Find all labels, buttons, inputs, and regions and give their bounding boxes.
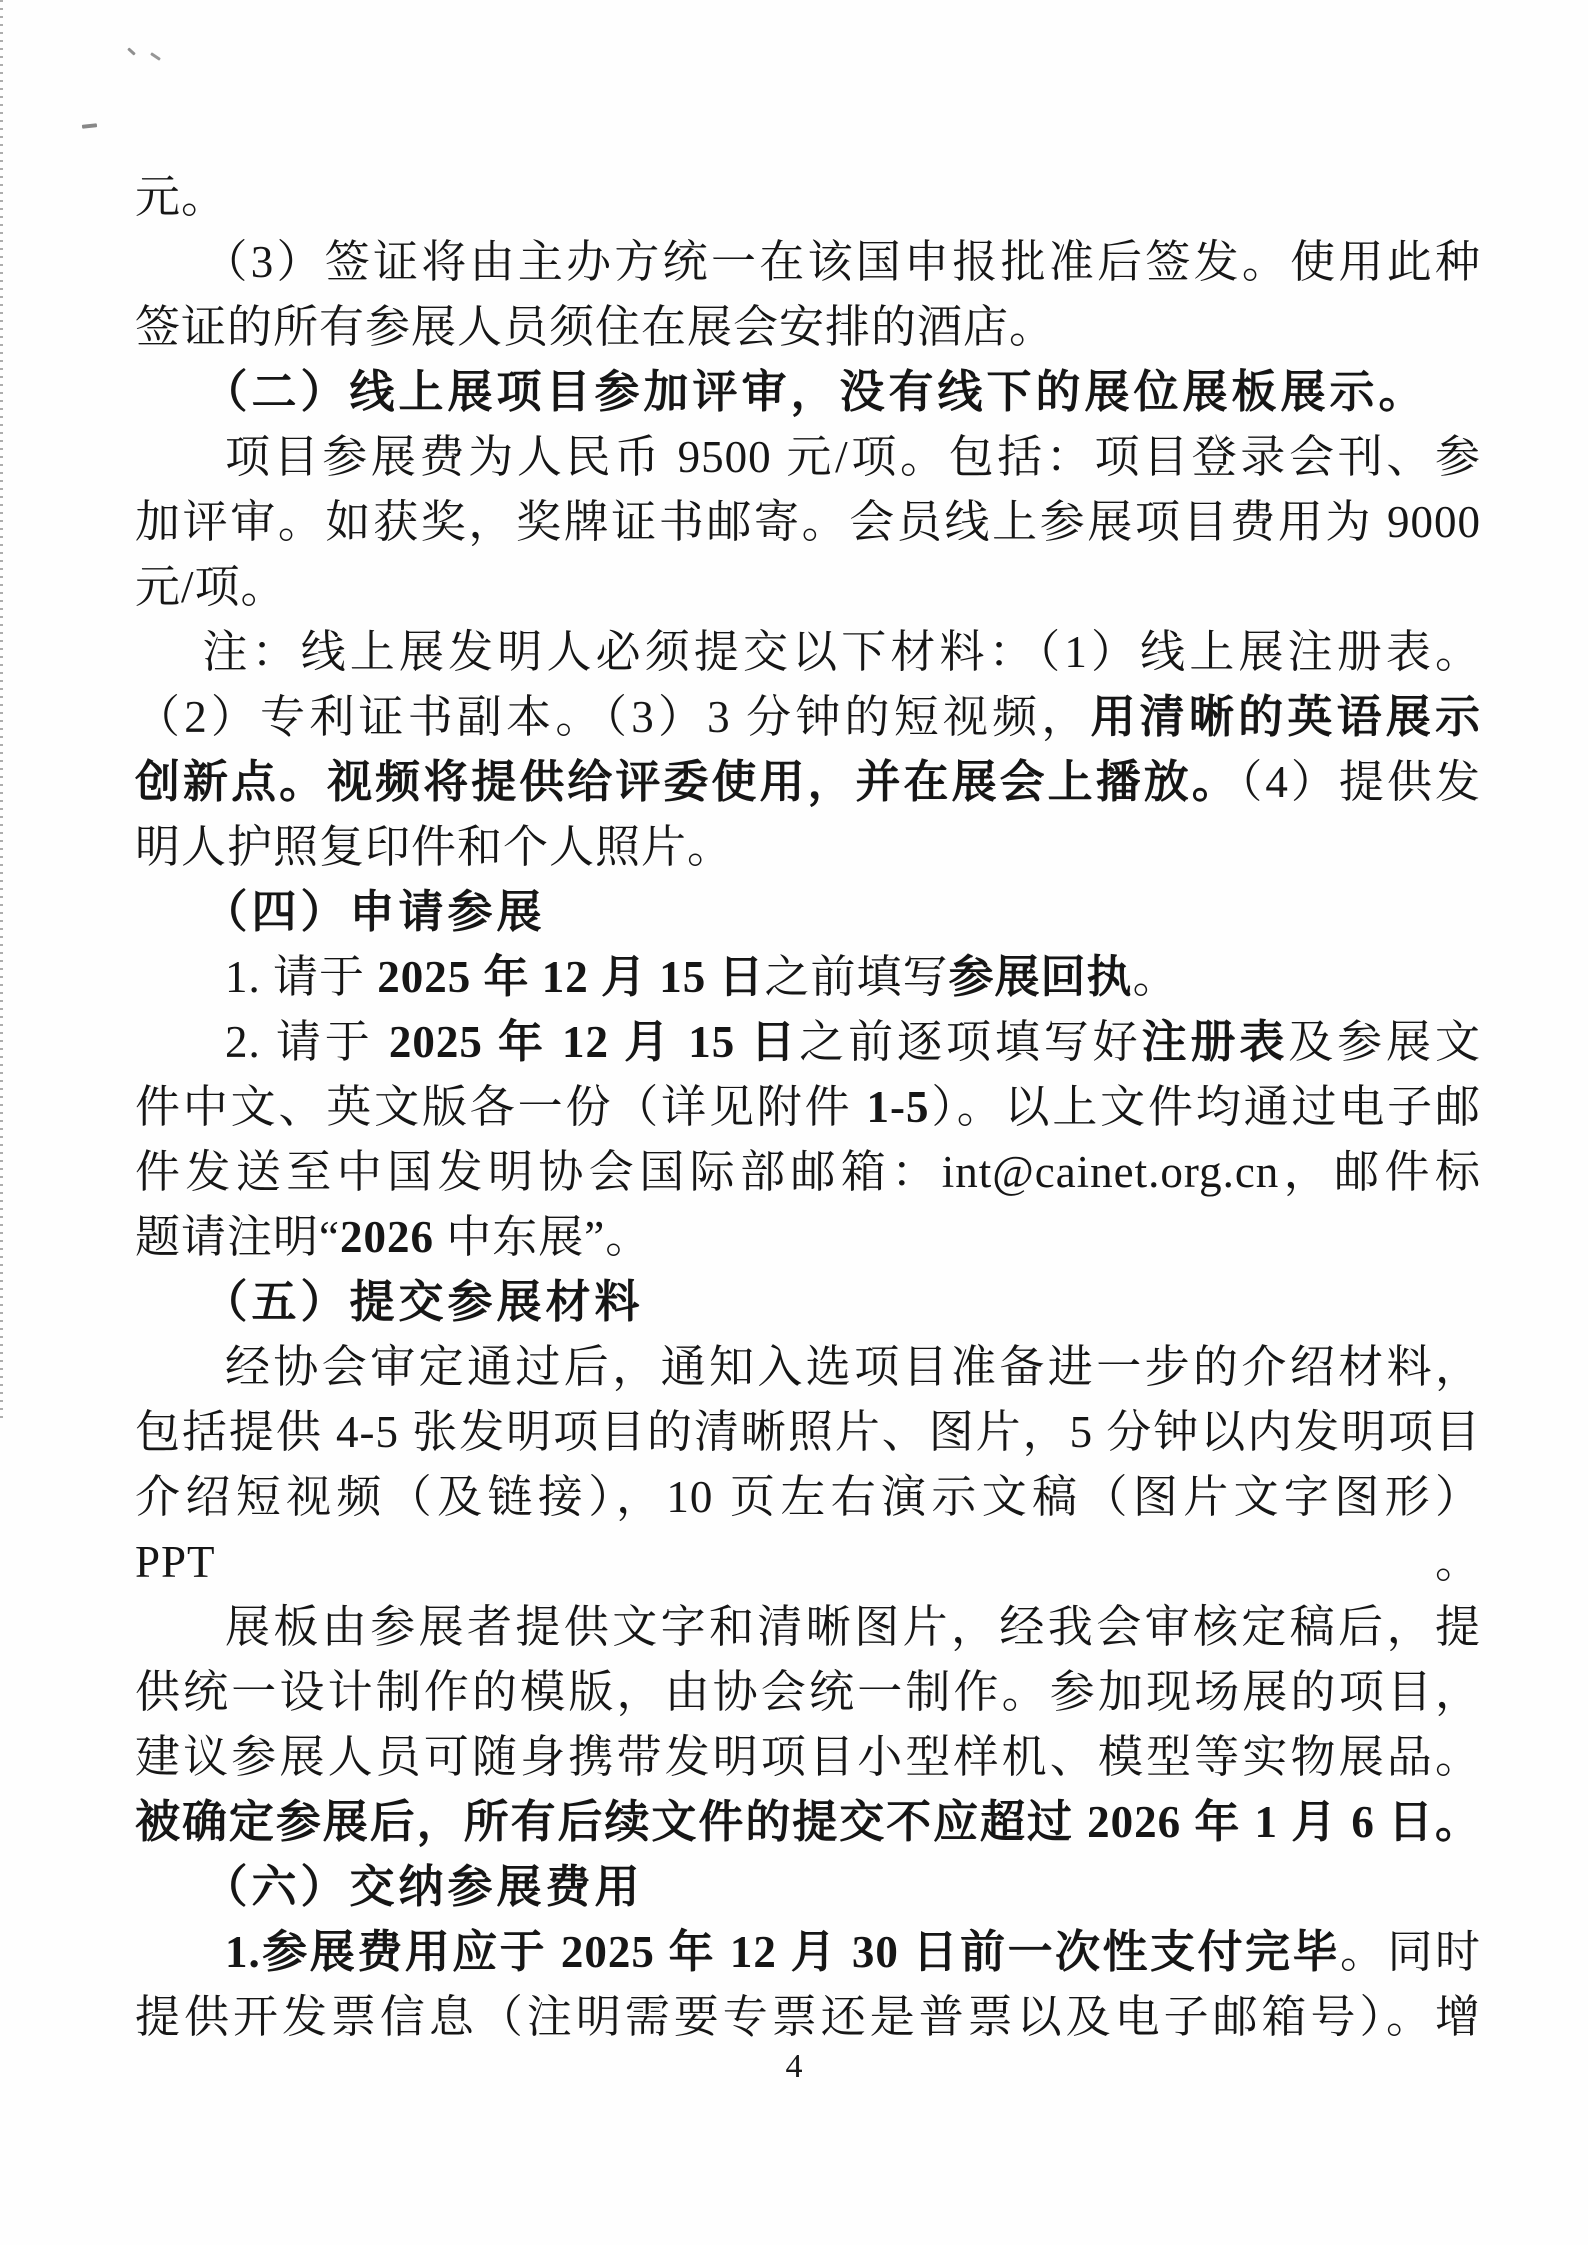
text-line: 明人护照复印件和个人照片。 [135,815,1481,880]
section-heading: （二）线上展项目参加评审，没有线下的展位展板展示。 [135,360,1481,425]
text-run: 加评审。如获奖，奖牌证书邮寄。会员线上参展项目费用为 9000 [135,497,1481,547]
text-line: 题请注明“2026 中东展”。 [135,1205,1481,1270]
text-line: 被确定参展后，所有后续文件的提交不应超过 2026 年 1 月 6 日。 [135,1790,1481,1855]
text-run: 。同时 [1340,1927,1481,1977]
text-line: 1.参展费用应于 2025 年 12 月 30 日前一次性支付完毕。同时 [135,1920,1481,1985]
text-run: 1. 请于 [225,952,377,1002]
text-line: 项目参展费为人民币 9500 元/项。包括：项目登录会刊、参 [135,425,1481,490]
text-run: 经协会审定通过后，通知入选项目准备进一步的介绍材料， [225,1342,1481,1392]
text-run: 介绍短视频（及链接），10 页左右演示文稿（图片文字图形）PPT。 [135,1472,1481,1587]
text-line: 件中文、英文版各一份（详见附件 1-5）。以上文件均通过电子邮 [135,1075,1481,1140]
text-run: 展板由参展者提供文字和清晰图片，经我会审核定稿后，提 [225,1602,1481,1652]
text-run: 2025 年 12 月 15 日 [389,1017,799,1067]
text-line: 加评审。如获奖，奖牌证书邮寄。会员线上参展项目费用为 9000 [135,490,1481,555]
text-line: 元。 [135,165,1481,230]
text-run: 供统一设计制作的模版，由协会统一制作。参加现场展的项目， [135,1667,1481,1717]
text-run: 之前填写 [765,952,949,1002]
text-line: 包括提供 4-5 张发明项目的清晰照片、图片，5 分钟以内发明项目 [135,1400,1481,1465]
text-run: 件中文、英文版各一份（详见附件 [135,1082,867,1132]
scan-edge-noise [0,0,3,1420]
text-run: （3）签证将由主办方统一在该国申报批准后签发。使用此种 [203,237,1482,287]
section-heading: （六）交纳参展费用 [135,1855,1481,1920]
text-run: 2026 [340,1212,434,1262]
text-run: 建议参展人员可随身携带发明项目小型样机、模型等实物展品。 [135,1732,1481,1782]
text-line: 供统一设计制作的模版，由协会统一制作。参加现场展的项目， [135,1660,1481,1725]
text-line: 2. 请于 2025 年 12 月 15 日之前逐项填写好注册表及参展文 [135,1010,1481,1075]
text-run: 元。 [135,172,227,222]
text-line: 注：线上展发明人必须提交以下材料：（1）线上展注册表。 [135,620,1481,685]
text-run: （五）提交参展材料 [203,1277,644,1327]
text-run: 题请注明“ [135,1212,340,1262]
text-run: 之前逐项填写好 [799,1017,1141,1067]
scan-speck [150,52,161,61]
text-run: 件发送至中国发明协会国际部邮箱：int@cainet.org.cn，邮件标 [135,1147,1481,1197]
text-run: 参展回执 [949,952,1133,1002]
text-run: 元/项。 [135,562,287,612]
text-run: 中东展”。 [434,1212,651,1262]
text-run: 项目参展费为人民币 9500 元/项。包括：项目登录会刊、参 [225,432,1481,482]
text-run: （四）申请参展 [203,887,546,937]
text-line: 签证的所有参展人员须住在展会安排的酒店。 [135,295,1481,360]
text-run: 及参展文 [1288,1017,1481,1067]
scan-speck [127,47,136,55]
text-run: 提供开发票信息（注明需要专票还是普票以及电子邮箱号）。增 [135,1992,1481,2042]
text-run: （4）提供发 [1240,757,1481,807]
text-run: （二）线上展项目参加评审，没有线下的展位展板展示。 [203,367,1428,417]
scan-speck [82,123,97,129]
text-run: 2025 年 12 月 15 日 [377,952,764,1002]
text-line: （2）专利证书副本。（3）3 分钟的短视频，用清晰的英语展示 [135,685,1481,750]
text-run: （2）专利证书副本。（3）3 分钟的短视频， [135,692,1091,742]
text-run: （六）交纳参展费用 [203,1862,644,1912]
text-line: 创新点。视频将提供给评委使用，并在展会上播放。（4）提供发 [135,750,1481,815]
text-run: 被确定参展后，所有后续文件的提交不应超过 2026 年 1 月 6 日。 [135,1797,1481,1847]
text-line: 经协会审定通过后，通知入选项目准备进一步的介绍材料， [135,1335,1481,1400]
document-page: 元。（3）签证将由主办方统一在该国申报批准后签发。使用此种签证的所有参展人员须住… [0,0,1588,2245]
text-run: ）。以上文件均通过电子邮 [930,1082,1481,1132]
text-line: 件发送至中国发明协会国际部邮箱：int@cainet.org.cn，邮件标 [135,1140,1481,1205]
text-run: 签证的所有参展人员须住在展会安排的酒店。 [135,302,1055,352]
text-line: （3）签证将由主办方统一在该国申报批准后签发。使用此种 [135,230,1481,295]
text-line: 介绍短视频（及链接），10 页左右演示文稿（图片文字图形）PPT。 [135,1465,1481,1595]
text-run: 2. 请于 [225,1017,389,1067]
text-run: 用清晰的英语展示 [1091,692,1481,742]
text-run: 注册表 [1142,1017,1289,1067]
text-line: 建议参展人员可随身携带发明项目小型样机、模型等实物展品。 [135,1725,1481,1790]
text-line: 1. 请于 2025 年 12 月 15 日之前填写参展回执。 [135,945,1481,1010]
text-run: 包括提供 4-5 张发明项目的清晰照片、图片，5 分钟以内发明项目 [135,1407,1481,1457]
text-run: 创新点。视频将提供给评委使用，并在展会上播放。 [135,757,1240,807]
text-run: 注：线上展发明人必须提交以下材料：（1）线上展注册表。 [203,627,1482,677]
section-heading: （四）申请参展 [135,880,1481,945]
text-run: 。 [1133,952,1179,1002]
text-line: 提供开发票信息（注明需要专票还是普票以及电子邮箱号）。增 [135,1985,1481,2050]
text-run: 1.参展费用应于 2025 年 12 月 30 日前一次性支付完毕 [225,1927,1340,1977]
text-line: 展板由参展者提供文字和清晰图片，经我会审核定稿后，提 [135,1595,1481,1660]
document-body: 元。（3）签证将由主办方统一在该国申报批准后签发。使用此种签证的所有参展人员须住… [135,165,1481,2050]
section-heading: （五）提交参展材料 [135,1270,1481,1335]
text-run: 明人护照复印件和个人照片。 [135,822,733,872]
text-line: 元/项。 [135,555,1481,620]
text-run: 1-5 [867,1082,930,1132]
page-number: 4 [0,2048,1588,2086]
